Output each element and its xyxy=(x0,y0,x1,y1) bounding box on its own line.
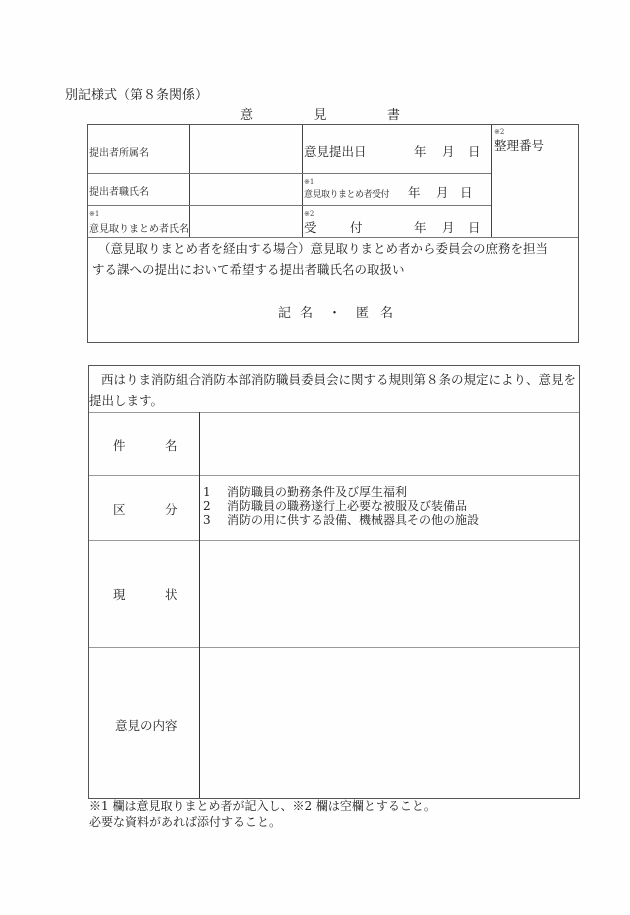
divider xyxy=(89,540,579,541)
name-handling-text-line1: （意見取りまとめ者を経由する場合）意見取りまとめ者から委員会の庶務を担当 xyxy=(98,238,548,260)
current-status-field[interactable] xyxy=(202,542,576,645)
title-char: 書 xyxy=(387,104,400,123)
submitter-name-field[interactable] xyxy=(192,175,300,203)
note-mark-2: ※2 xyxy=(494,128,504,136)
coordinator-receipt-label: 意見取りまとめ者受付 xyxy=(304,187,389,200)
month-label: 月 xyxy=(442,218,455,236)
option-separator: ・ xyxy=(328,302,356,321)
subject-field[interactable] xyxy=(202,414,576,473)
divider xyxy=(89,475,579,476)
option-named-char[interactable]: 記 xyxy=(278,302,300,321)
option-text: 消防の用に供する設備、機械器具その他の施設 xyxy=(227,513,479,527)
option-number: 1 xyxy=(203,485,227,499)
reference-number-label: 整理番号 xyxy=(494,136,544,154)
divider xyxy=(302,125,303,237)
divider xyxy=(89,647,579,648)
category-options: 1消防職員の勤務条件及び厚生福利 2消防職員の職務遂行上必要な被服及び装備品 3… xyxy=(203,485,479,527)
divider xyxy=(491,125,492,237)
receipt-label-char: 受 xyxy=(304,218,317,236)
footnote-1: ※1 欄は意見取りまとめ者が記入し、※2 欄は空欄とすること。 xyxy=(89,799,436,814)
name-handling-text-line2: する課への提出において希望する提出者職氏名の取扱い xyxy=(92,259,405,281)
intro-text-line2: 提出します。 xyxy=(89,390,163,412)
category-option[interactable]: 1消防職員の勤務条件及び厚生福利 xyxy=(203,485,479,499)
title-char: 意 xyxy=(240,104,253,123)
submitter-info-table: 提出者所属名 意見提出日 年 月 日 提出者職氏名 ※1 意見取りまとめ者受付 … xyxy=(87,124,579,343)
submitter-name-label: 提出者職氏名 xyxy=(89,183,149,198)
note-mark-1: ※1 xyxy=(304,178,314,186)
submission-date-label: 意見提出日 xyxy=(304,142,367,160)
divider xyxy=(189,125,190,237)
note-mark-1: ※1 xyxy=(89,210,99,218)
intro-text-line1: 西はりま消防組合消防本部消防職員委員会に関する規則第８条の規定により、意見を xyxy=(101,369,576,391)
receipt-label-char: 付 xyxy=(350,218,363,236)
category-label-char: 分 xyxy=(165,500,178,518)
divider xyxy=(88,205,491,206)
subject-label-char: 件 xyxy=(113,436,126,454)
form-label: 別記様式（第８条関係） xyxy=(65,84,208,103)
year-label: 年 xyxy=(414,218,427,236)
option-text: 消防職員の勤務条件及び厚生福利 xyxy=(227,485,407,499)
option-named-char[interactable]: 名 xyxy=(300,302,328,321)
name-handling-options: 記 名 ・ 匿 名 xyxy=(278,302,400,321)
document-title: 意 見 書 xyxy=(240,104,400,123)
day-label: 日 xyxy=(468,142,481,160)
day-label: 日 xyxy=(468,218,481,236)
subject-label-char: 名 xyxy=(165,436,178,454)
month-label: 月 xyxy=(436,183,449,201)
current-status-label-char: 状 xyxy=(165,585,178,603)
current-status-label-char: 現 xyxy=(113,585,126,603)
year-label: 年 xyxy=(408,183,421,201)
day-label: 日 xyxy=(460,183,473,201)
year-label: 年 xyxy=(414,142,427,160)
divider xyxy=(199,412,200,798)
title-char: 見 xyxy=(313,104,326,123)
option-number: 2 xyxy=(203,499,227,513)
submitter-department-label: 提出者所属名 xyxy=(89,144,149,159)
month-label: 月 xyxy=(442,142,455,160)
category-option[interactable]: 3消防の用に供する設備、機械器具その他の施設 xyxy=(203,513,479,527)
coordinator-name-field[interactable] xyxy=(192,207,300,235)
option-number: 3 xyxy=(203,513,227,527)
option-text: 消防職員の職務遂行上必要な被服及び装備品 xyxy=(227,499,467,513)
category-label-char: 区 xyxy=(113,500,126,518)
option-anonymous-char[interactable]: 名 xyxy=(380,302,400,321)
submitter-department-field[interactable] xyxy=(192,127,300,171)
coordinator-name-label: 意見取りまとめ者氏名 xyxy=(89,220,189,235)
opinion-content-label: 意見の内容 xyxy=(115,716,178,734)
opinion-form-table: 西はりま消防組合消防本部消防職員委員会に関する規則第８条の規定により、意見を 提… xyxy=(88,365,580,799)
note-mark-2: ※2 xyxy=(304,210,314,218)
opinion-content-field[interactable] xyxy=(202,649,576,796)
divider xyxy=(89,412,579,413)
divider xyxy=(88,173,491,174)
category-option[interactable]: 2消防職員の職務遂行上必要な被服及び装備品 xyxy=(203,499,479,513)
option-anonymous-char[interactable]: 匿 xyxy=(356,302,380,321)
footnote-2: 必要な資料があれば添付すること。 xyxy=(89,815,281,830)
